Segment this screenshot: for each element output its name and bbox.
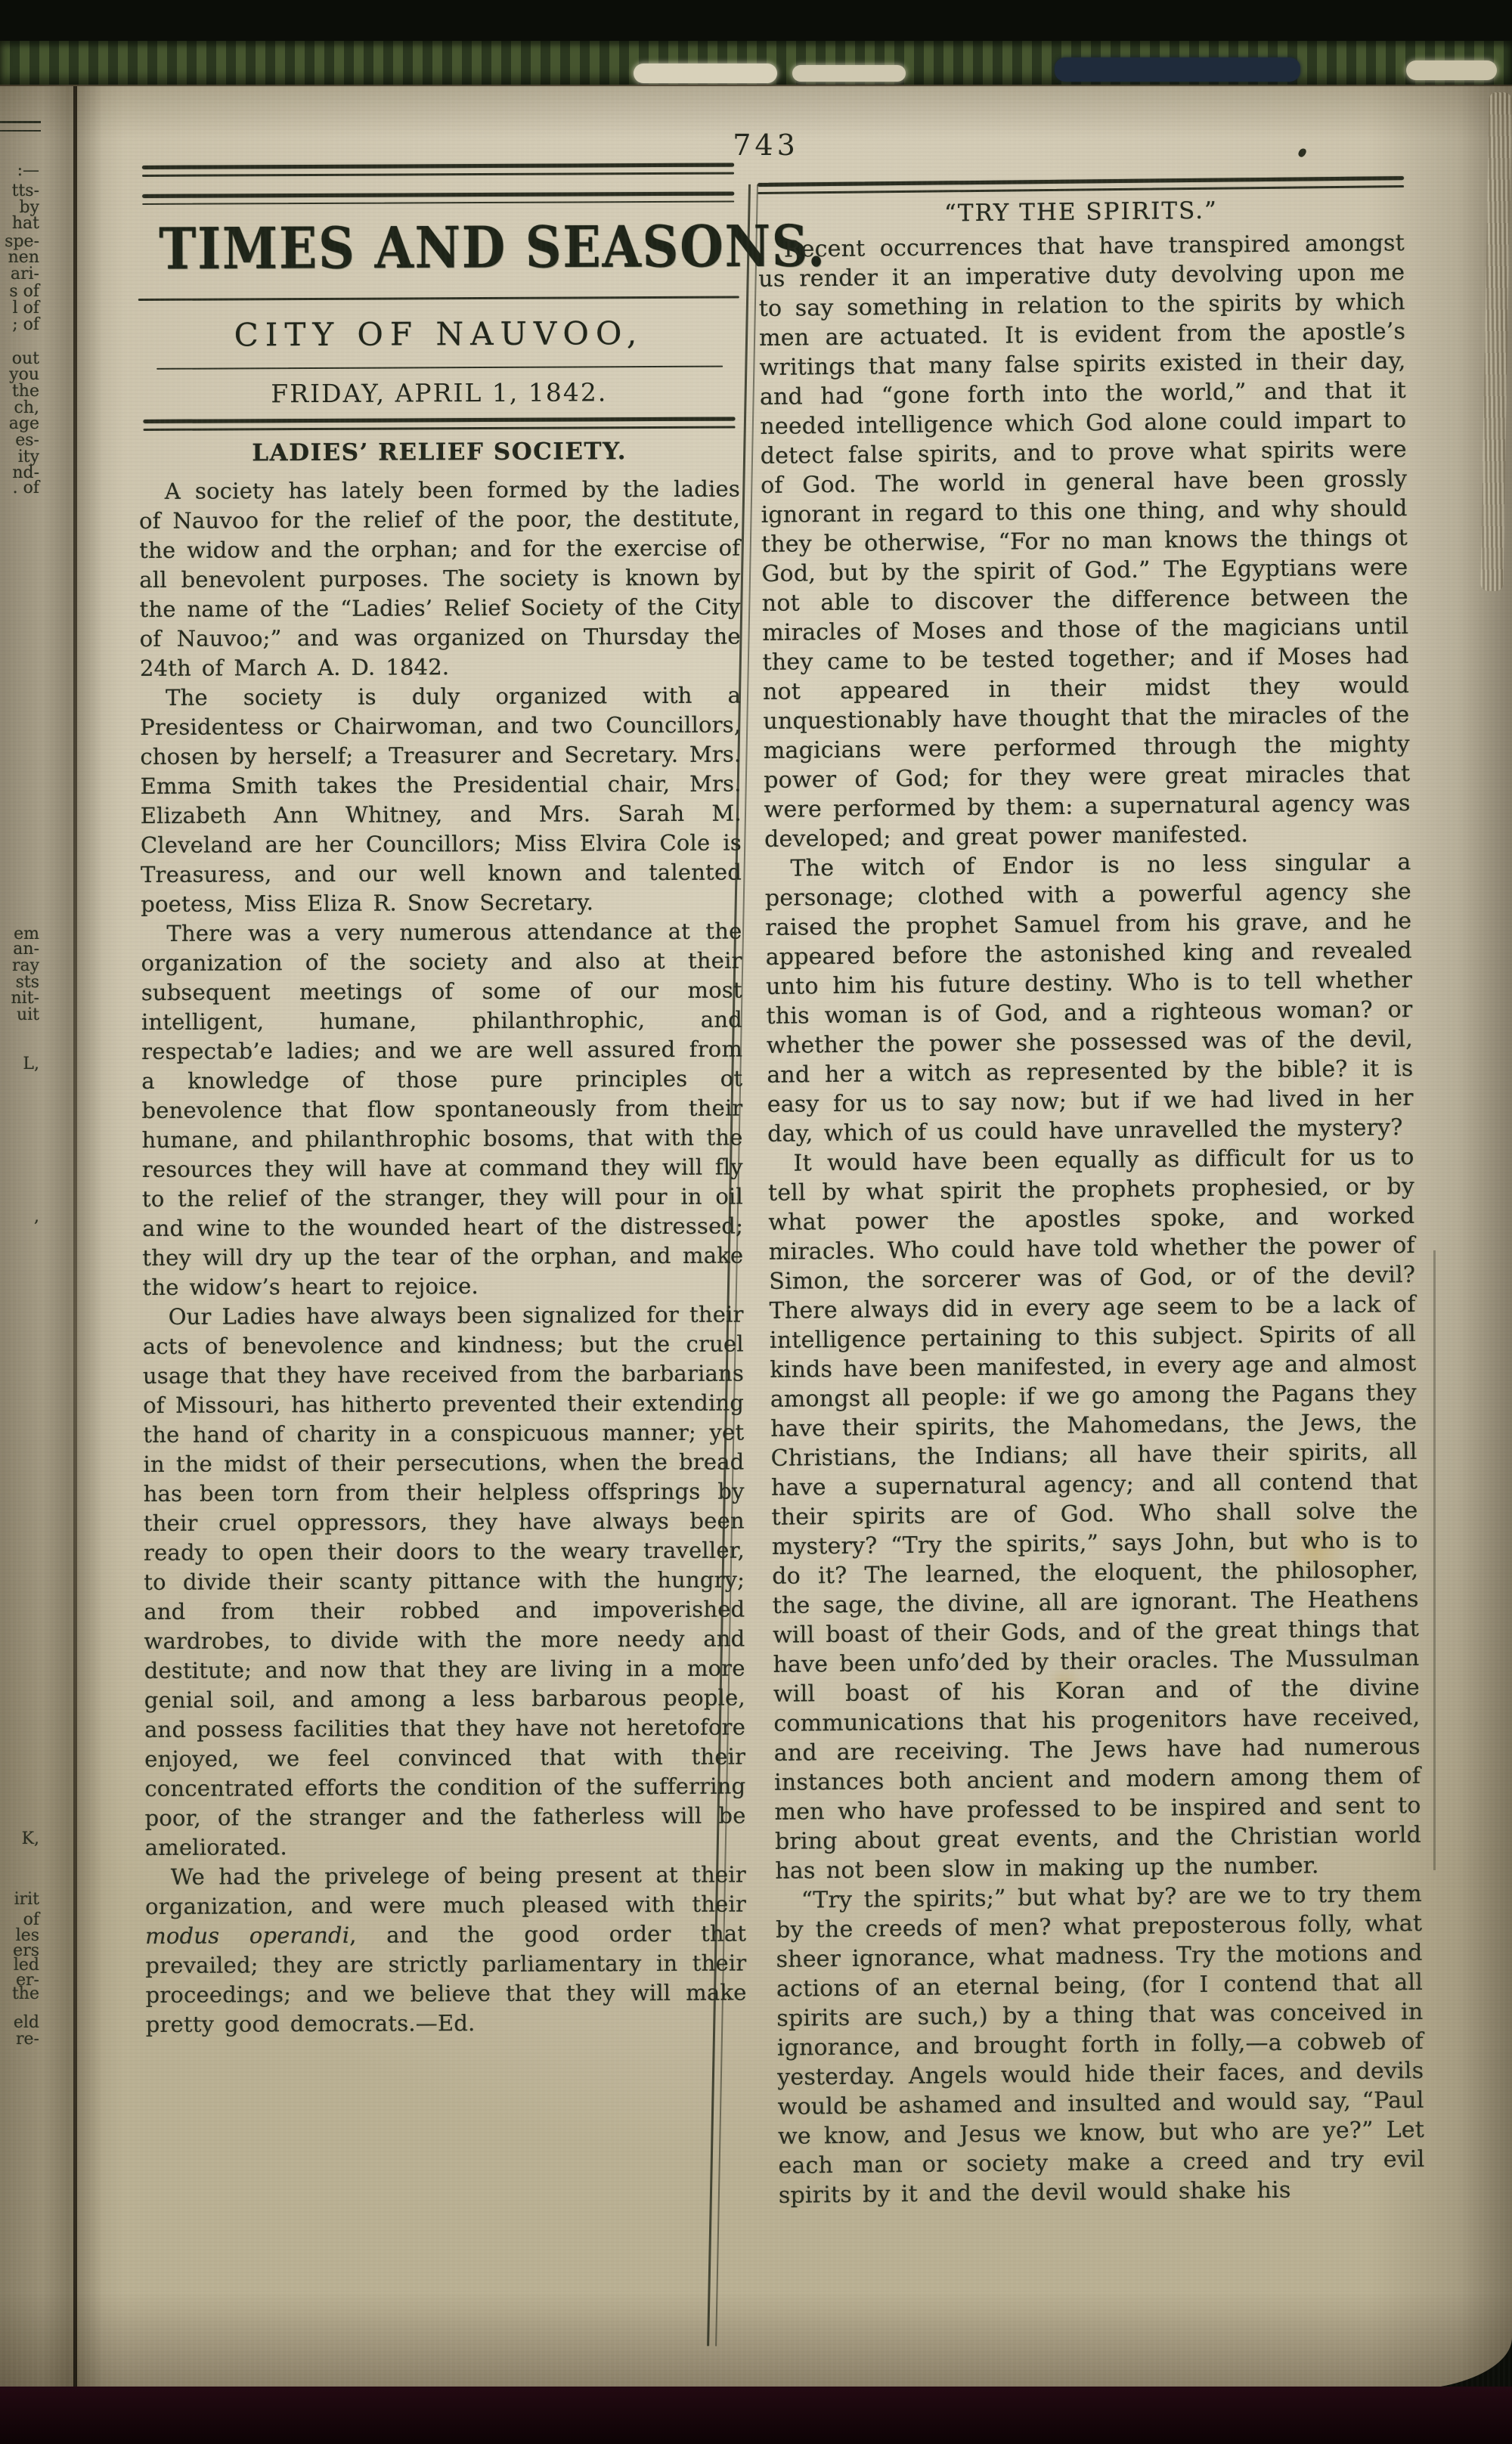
- margin-text-fragment: ari-: [0, 266, 42, 283]
- margin-text-fragment: es-: [0, 432, 42, 449]
- masthead-place-line: CITY OF NAUVOO,: [138, 316, 739, 352]
- margin-text-fragment: tts-: [0, 183, 42, 200]
- margin-text-fragment: K,: [0, 1831, 42, 1848]
- scanned-newspaper-photo: :—tts-byhatspe-nenari-s ofl of; ofoutyou…: [0, 0, 1512, 2444]
- newspaper-page: :—tts-byhatspe-nenari-s ofl of; ofoutyou…: [0, 85, 1512, 2390]
- article-paragraph: We had the privelege of being present at…: [145, 1860, 747, 2039]
- margin-text-fragment: nit-: [0, 990, 42, 1007]
- gutter-fold-line: [73, 86, 77, 2390]
- ink-speck: [1297, 147, 1307, 159]
- article-paragraph: The society is duly organized with a Pre…: [140, 680, 742, 918]
- page-edge-highlight: [792, 65, 906, 82]
- page-number: 743: [709, 129, 823, 162]
- page-edge-highlight: [1406, 60, 1497, 80]
- margin-text-fragment: an-: [0, 941, 42, 958]
- page-edge-highlight: [634, 64, 777, 83]
- article-paragraph: A society has lately been formed by the …: [139, 474, 741, 683]
- margin-text-fragment: ,: [0, 1209, 42, 1225]
- margin-text-fragment: hat: [0, 215, 42, 232]
- page-stack-edges: [1480, 92, 1512, 591]
- right-article-heading: “TRY THE SPIRITS.”: [758, 196, 1404, 228]
- facing-page-rule-fragment: [0, 121, 41, 132]
- left-article-heading: LADIES’ RELIEF SOCIETY.: [139, 438, 740, 466]
- left-column: TIMES AND SEASONS. CITY OF NAUVOO, FRIDA…: [138, 163, 747, 2040]
- margin-text-fragment: ray: [0, 958, 42, 974]
- margin-text-fragment: eld: [0, 2015, 42, 2031]
- margin-text-fragment: the: [0, 1986, 42, 2003]
- article-paragraph: “Try the spirits;” but what by? are we t…: [776, 1879, 1425, 2210]
- margin-text-fragment: the: [0, 383, 42, 400]
- right-margin-rule: [1433, 1250, 1436, 1870]
- masthead-date-line: FRIDAY, APRIL 1, 1842.: [138, 379, 739, 408]
- article-paragraph: Our Ladies have always been signalized f…: [143, 1299, 746, 1862]
- margin-text-fragment: L,: [0, 1056, 42, 1073]
- facing-page-strip: :—tts-byhatspe-nenari-s ofl of; ofoutyou…: [0, 86, 42, 2390]
- newspaper-title: TIMES AND SEASONS.: [159, 212, 718, 282]
- article-paragraph: It would have been equally as difficult …: [767, 1141, 1421, 1885]
- margin-text-fragment: age: [0, 416, 42, 432]
- masthead-second-rule: [142, 191, 734, 205]
- left-article-body: A society has lately been formed by the …: [139, 474, 747, 2039]
- margin-text-fragment: irit: [0, 1891, 42, 1908]
- article-paragraph: Recent occurrences that have transpired …: [758, 228, 1411, 854]
- masthead-top-rule: [142, 163, 734, 177]
- margin-text-fragment: ; of: [0, 317, 42, 333]
- margin-text-fragment: re-: [0, 2031, 42, 2048]
- margin-text-fragment: nen: [0, 249, 42, 266]
- right-column-top-rule: [758, 176, 1404, 194]
- article-paragraph: The witch of Endor is no less singular a…: [764, 847, 1414, 1148]
- masthead-bottom-rule: [143, 417, 735, 431]
- margin-text-fragment: you: [0, 367, 42, 383]
- page-corner-shadow: [1240, 2308, 1512, 2414]
- place-underline: [156, 365, 723, 370]
- margin-text-fragment: uit: [0, 1007, 42, 1024]
- right-article-body: Recent occurrences that have transpired …: [758, 228, 1425, 2210]
- article-paragraph: There was a very numerous attendance at …: [141, 916, 743, 1302]
- gutter-shadow: [42, 86, 103, 2390]
- margin-text-fragment: s of: [0, 283, 42, 300]
- headband-blue-section: [1055, 57, 1300, 82]
- margin-text-fragment: :—: [0, 163, 42, 179]
- margin-text-fragment: . of: [0, 480, 42, 497]
- margin-text-fragment: l of: [0, 300, 42, 317]
- title-underline: [138, 296, 739, 301]
- right-column: “TRY THE SPIRITS.” Recent occurrences th…: [758, 176, 1425, 2210]
